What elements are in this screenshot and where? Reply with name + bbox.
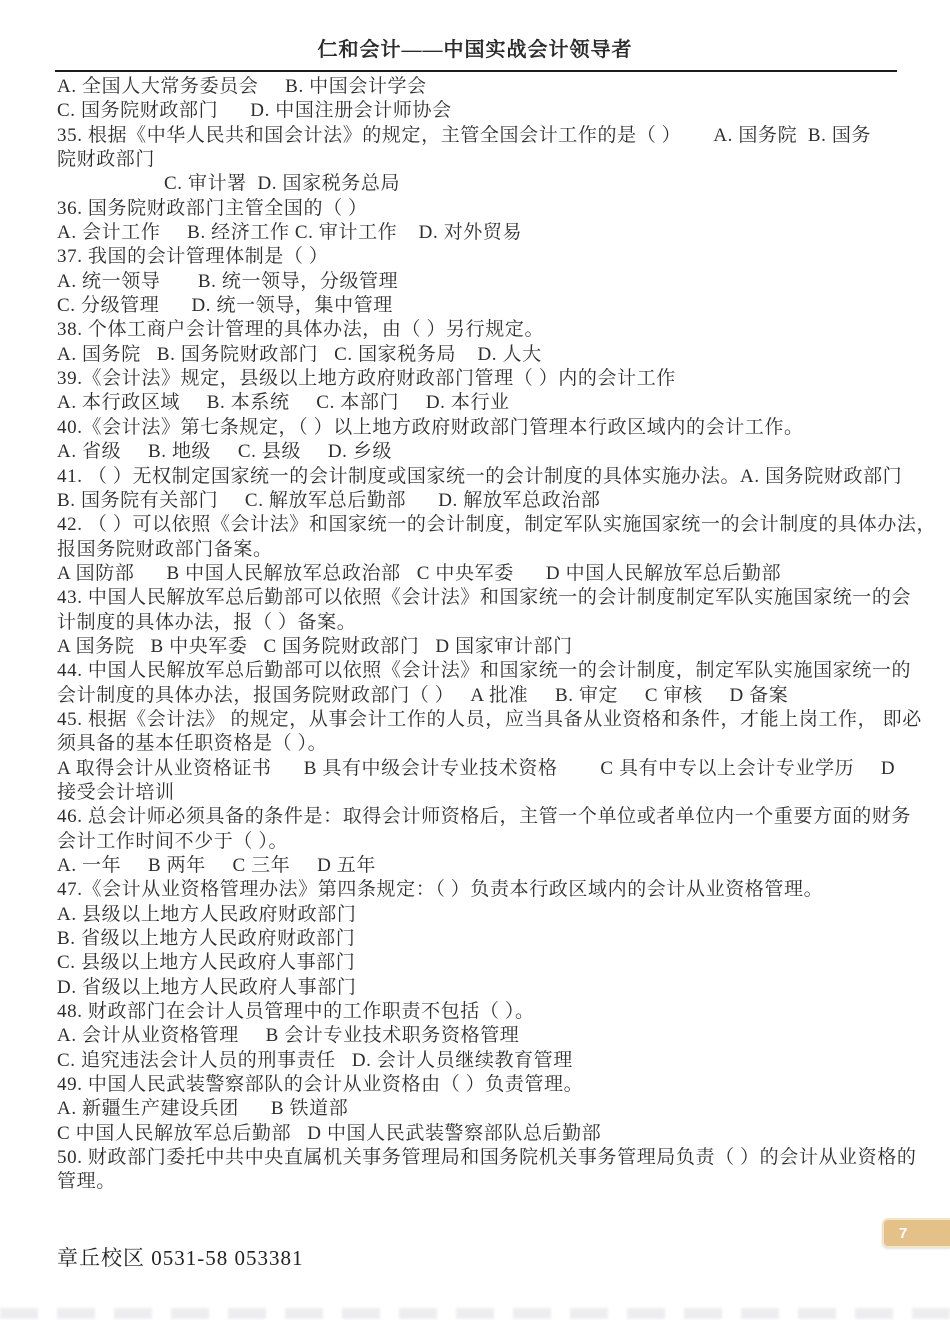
- text-line: 45. 根据《会计法》 的规定，从事会计工作的人员，应当具备从业资格和条件，才能…: [57, 708, 917, 732]
- text-line: C. 县级以上地方人民政府人事部门: [57, 951, 917, 975]
- text-line: A. 县级以上地方人民政府财政部门: [57, 903, 917, 927]
- text-line: B. 国务院有关部门 C. 解放军总后勤部 D. 解放军总政治部: [57, 489, 917, 513]
- text-line: A 国防部 B 中国人民解放军总政治部 C 中央军委 D 中国人民解放军总后勤部: [57, 562, 917, 586]
- text-line: C. 分级管理 D. 统一领导，集中管理: [57, 294, 917, 318]
- text-line: 会计工作时间不少于（ ）。: [57, 830, 917, 854]
- text-line: A. 本行政区域 B. 本系统 C. 本部门 D. 本行业: [57, 391, 917, 415]
- text-line: A. 国务院 B. 国务院财政部门 C. 国家税务局 D. 人大: [57, 343, 917, 367]
- text-line: A. 会计工作 B. 经济工作 C. 审计工作 D. 对外贸易: [57, 221, 917, 245]
- text-line: 40.《会计法》第七条规定，（ ）以上地方政府财政部门管理本行政区域内的会计工作…: [57, 416, 917, 440]
- text-line: A. 会计从业资格管理 B 会计专业技术职务资格管理: [57, 1024, 917, 1048]
- text-line: 须具备的基本任职资格是（ ）。: [57, 732, 917, 756]
- page-number-badge: 7: [882, 1218, 950, 1248]
- header-rule: [55, 70, 897, 72]
- text-line: A 国务院 B 中央军委 C 国务院财政部门 D 国家审计部门: [57, 635, 917, 659]
- text-line: 39.《会计法》规定，县级以上地方政府财政部门管理（ ）内的会计工作: [57, 367, 917, 391]
- text-line: 50. 财政部门委托中共中央直属机关事务管理局和国务院机关事务管理局负责（ ）的…: [57, 1146, 917, 1170]
- text-line: B. 省级以上地方人民政府财政部门: [57, 927, 917, 951]
- text-line: A. 新疆生产建设兵团 B 铁道部: [57, 1097, 917, 1121]
- text-line: A. 全国人大常务委员会 B. 中国会计学会: [57, 75, 917, 99]
- text-line: 35. 根据《中华人民共和国会计法》的规定，主管全国会计工作的是（ ） A. 国…: [57, 124, 917, 148]
- text-line: 37. 我国的会计管理体制是（ ）: [57, 245, 917, 269]
- document-page: 仁和会计——中国实战会计领导者 A. 全国人大常务委员会 B. 中国会计学会C.…: [0, 0, 950, 1320]
- text-line: 报国务院财政部门备案。: [57, 538, 917, 562]
- page-title: 仁和会计——中国实战会计领导者: [0, 0, 950, 63]
- text-line: 49. 中国人民武装警察部队的会计从业资格由（ ）负责管理。: [57, 1073, 917, 1097]
- text-line: 36. 国务院财政部门主管全国的（ ）: [57, 197, 917, 221]
- text-line: A. 一年 B 两年 C 三年 D 五年: [57, 854, 917, 878]
- text-line: C. 审计署 D. 国家税务总局: [57, 172, 917, 196]
- text-line: 38. 个体工商户会计管理的具体办法，由（ ）另行规定。: [57, 318, 917, 342]
- text-line: 46. 总会计师必须具备的条件是：取得会计师资格后，主管一个单位或者单位内一个重…: [57, 805, 917, 829]
- text-line: D. 省级以上地方人民政府人事部门: [57, 976, 917, 1000]
- footer-campus-contact: 章丘校区 0531-58 053381: [57, 1242, 304, 1272]
- text-line: 计制度的具体办法，报（ ）备案。: [57, 611, 917, 635]
- text-line: 41. （ ）无权制定国家统一的会计制度或国家统一的会计制度的具体实施办法。A.…: [57, 465, 917, 489]
- text-line: 43. 中国人民解放军总后勤部可以依照《会计法》和国家统一的会计制度制定军队实施…: [57, 586, 917, 610]
- text-line: 会计制度的具体办法，报国务院财政部门（ ） A 批准 B. 审定 C 审核 D …: [57, 684, 917, 708]
- cut-off-text-strip: [0, 1308, 950, 1319]
- text-line: 院财政部门: [57, 148, 917, 172]
- text-line: A. 统一领导 B. 统一领导，分级管理: [57, 270, 917, 294]
- text-line: 管理。: [57, 1170, 917, 1194]
- text-line: 44. 中国人民解放军总后勤部可以依照《会计法》和国家统一的会计制度，制定军队实…: [57, 659, 917, 683]
- text-line: 48. 财政部门在会计人员管理中的工作职责不包括（ ）。: [57, 1000, 917, 1024]
- text-line: A. 省级 B. 地级 C. 县级 D. 乡级: [57, 440, 917, 464]
- text-line: A 取得会计从业资格证书 B 具有中级会计专业技术资格 C 具有中专以上会计专业…: [57, 757, 917, 781]
- document-lines: A. 全国人大常务委员会 B. 中国会计学会C. 国务院财政部门 D. 中国注册…: [57, 75, 917, 1195]
- text-line: C. 国务院财政部门 D. 中国注册会计师协会: [57, 99, 917, 123]
- text-line: 42. （ ）可以依照《会计法》和国家统一的会计制度，制定军队实施国家统一的会计…: [57, 513, 917, 537]
- text-line: C 中国人民解放军总后勤部 D 中国人民武装警察部队总后勤部: [57, 1122, 917, 1146]
- text-line: 接受会计培训: [57, 781, 917, 805]
- text-line: 47.《会计从业资格管理办法》第四条规定：（ ）负责本行政区域内的会计从业资格管…: [57, 878, 917, 902]
- text-line: C. 追究违法会计人员的刑事责任 D. 会计人员继续教育管理: [57, 1049, 917, 1073]
- page-number: 7: [884, 1225, 907, 1242]
